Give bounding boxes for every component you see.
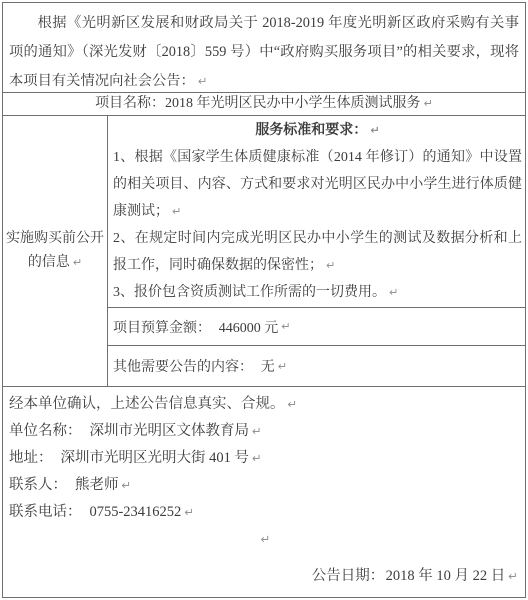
project-name-text: 项目名称：2018 年光明区民办中小学生体质测试服务 [95, 96, 421, 111]
confirmation-section: 经本单位确认，上述公告信息真实、合规。↵ 单位名称：深圳市光明区文体教育局↵ 地… [3, 386, 525, 597]
intro-text: 根据《光明新区发展和财政局关于 2018-2019 年度光明新区政府采购有关事项… [9, 15, 519, 89]
paragraph-mark: ↵ [326, 259, 335, 272]
disclosure-row-header: 实施购买前公开 的信息↵ [3, 116, 108, 386]
announcement-date-value: 2018 年 10 月 22 日 [386, 568, 506, 584]
disclosure-section: 实施购买前公开 的信息↵ 服务标准和要求：↵ 1、根据《国家学生体质健康标准（2… [3, 115, 525, 386]
paragraph-mark: ↵ [281, 320, 290, 333]
other-content-value: 无 [261, 356, 275, 376]
address-line: 地址：深圳市光明区光明大街 401 号↵ [9, 445, 519, 472]
empty-paragraph: ↵ [9, 526, 519, 553]
address-value: 深圳市光明区光明大街 401 号 [60, 450, 249, 466]
paragraph-mark: ↵ [288, 397, 298, 411]
budget-label: 项目预算金额： [113, 317, 211, 337]
unit-name-value: 深圳市光明区文体教育局 [89, 423, 249, 439]
unit-name-line: 单位名称：深圳市光明区文体教育局↵ [9, 418, 519, 445]
paragraph-mark: ↵ [252, 451, 262, 465]
contact-phone-line: 联系电话：0755-23416252↵ [9, 499, 519, 526]
announcement-date-line: 公告日期：2018 年 10 月 22 日↵ [9, 563, 519, 590]
intro-paragraph: 根据《光明新区发展和财政局关于 2018-2019 年度光明新区政府采购有关事项… [9, 9, 519, 92]
paragraph-mark: ↵ [184, 505, 194, 519]
service-standard-item-2: 2、在规定时间内完成光明区民办中小学生的测试及数据分析和上报工作，同时确保数据的… [113, 225, 522, 279]
paragraph-mark: ↵ [172, 205, 181, 218]
intro-row: 根据《光明新区发展和财政局关于 2018-2019 年度光明新区政府采购有关事项… [3, 3, 525, 92]
address-label: 地址： [9, 450, 53, 466]
other-content-row: 其他需要公告的内容：无↵ [108, 345, 525, 386]
paragraph-mark: ↵ [121, 478, 131, 492]
paragraph-mark: ↵ [370, 124, 379, 137]
paragraph-mark: ↵ [389, 286, 398, 299]
contact-person-value: 熊老师 [75, 477, 119, 493]
announcement-document: 根据《光明新区发展和财政局关于 2018-2019 年度光明新区政府采购有关事项… [0, 0, 528, 600]
service-standards-cell: 服务标准和要求：↵ 1、根据《国家学生体质健康标准（2014 年修订）的通知》中… [108, 116, 525, 307]
unit-name-label: 单位名称： [9, 423, 82, 439]
contact-person-label: 联系人： [9, 477, 67, 493]
contact-phone-label: 联系电话： [9, 504, 82, 520]
project-name-row: 项目名称：2018 年光明区民办中小学生体质测试服务↵ [3, 92, 525, 115]
contact-person-line: 联系人：熊老师↵ [9, 472, 519, 499]
disclosure-header-line-1: 实施购买前公开 [6, 227, 104, 251]
paragraph-mark: ↵ [73, 256, 82, 269]
budget-row: 项目预算金额：446000 元↵ [108, 307, 525, 345]
other-content-label: 其他需要公告的内容： [113, 356, 253, 376]
service-standards-title: 服务标准和要求：↵ [113, 117, 522, 144]
paragraph-mark: ↵ [278, 360, 287, 373]
announcement-table: 根据《光明新区发展和财政局关于 2018-2019 年度光明新区政府采购有关事项… [2, 2, 526, 598]
confirmation-statement: 经本单位确认，上述公告信息真实、合规。↵ [9, 391, 519, 418]
announcement-date-label: 公告日期： [312, 568, 385, 584]
contact-phone-value: 0755-23416252 [89, 504, 181, 520]
paragraph-mark: ↵ [261, 532, 271, 546]
service-standard-item-3: 3、报价包含资质测试工作所需的一切费用。↵ [113, 279, 522, 306]
disclosure-body: 服务标准和要求：↵ 1、根据《国家学生体质健康标准（2014 年修订）的通知》中… [108, 116, 525, 386]
disclosure-header-line-2: 的信息↵ [28, 251, 82, 275]
paragraph-mark: ↵ [252, 424, 262, 438]
paragraph-mark: ↵ [508, 569, 518, 583]
budget-value: 446000 元 [219, 317, 279, 337]
paragraph-mark: ↵ [424, 97, 433, 110]
service-standard-item-1: 1、根据《国家学生体质健康标准（2014 年修订）的通知》中设置的相关项目、内容… [113, 144, 522, 225]
paragraph-mark: ↵ [198, 74, 208, 88]
